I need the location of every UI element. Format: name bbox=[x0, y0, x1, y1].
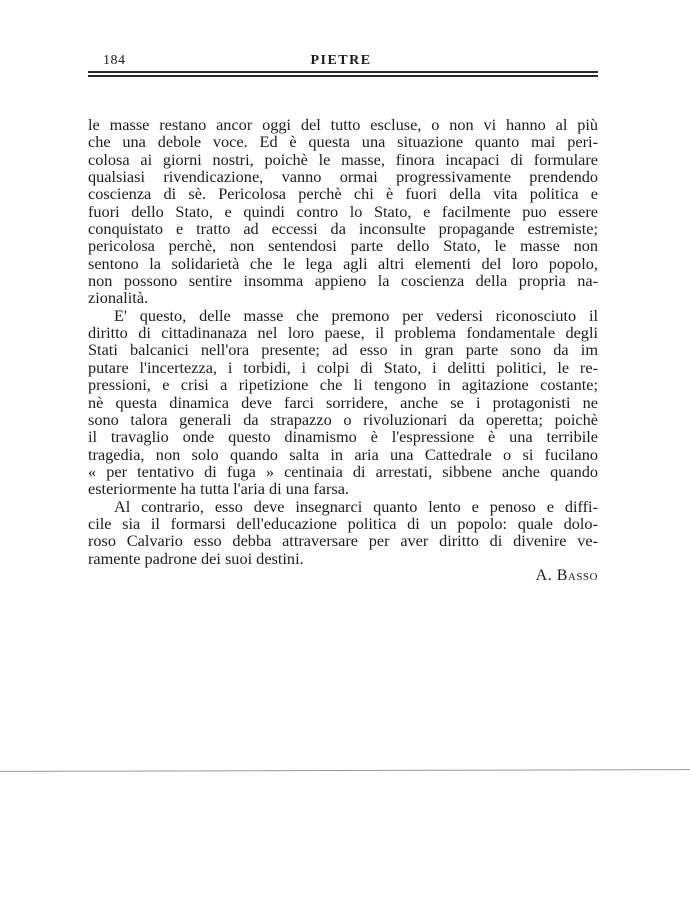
body-text: le masse restano ancor oggi del tutto es… bbox=[88, 116, 598, 567]
author-surname: Basso bbox=[557, 567, 598, 584]
text-line: esteriormente ha tutta l'aria di una far… bbox=[88, 480, 598, 497]
text-line: Al contrario, esso deve insegnarci quant… bbox=[88, 498, 598, 515]
text-line: coscienza di sè. Pericolosa perchè chi è… bbox=[88, 185, 598, 202]
text-line: colosa ai giorni nostri, poichè le masse… bbox=[88, 151, 598, 168]
text-line: cile sia il formarsi dell'educazione pol… bbox=[88, 515, 598, 532]
text-line: tragedia, non solo quando salta in aria … bbox=[88, 446, 598, 463]
text-line: « per tentativo di fuga » centinaia di a… bbox=[88, 463, 598, 480]
text-line: conquistato e tratto ad eccessi da incon… bbox=[88, 220, 598, 237]
text-line: diritto di cittadinanaza nel loro paese,… bbox=[88, 324, 598, 341]
text-line: che una debole voce. Ed è questa una sit… bbox=[88, 133, 598, 150]
text-line: sentono la solidarietà che le lega agli … bbox=[88, 255, 598, 272]
text-line: pressioni, e crisi a ripetizione che li … bbox=[88, 376, 598, 393]
author-signature: A. Basso bbox=[536, 567, 598, 585]
running-title-text: PIETRE bbox=[310, 53, 371, 69]
text-line: zionalità. bbox=[88, 289, 598, 306]
running-title: PIETRE bbox=[0, 53, 690, 69]
text-line: qualsiasi rivendicazione, vanno ormai pr… bbox=[88, 168, 598, 185]
text-line: nè questa dinamica deve farci sorridere,… bbox=[88, 394, 598, 411]
text-line: sono talora generali da strapazzo o rivo… bbox=[88, 411, 598, 428]
header-rule-bottom bbox=[88, 75, 598, 77]
text-line: non possono sentire insomma appieno la c… bbox=[88, 272, 598, 289]
text-line: E' questo, delle masse che premono per v… bbox=[88, 307, 598, 324]
text-line: pericolosa perchè, non sentendosi parte … bbox=[88, 237, 598, 254]
text-line: le masse restano ancor oggi del tutto es… bbox=[88, 116, 598, 133]
author-initial: A. bbox=[536, 567, 553, 584]
text-line: Stati balcanici nell'ora presente; ad es… bbox=[88, 341, 598, 358]
header-rule-top bbox=[88, 71, 598, 73]
text-line: ramente padrone dei suoi destini. bbox=[88, 550, 598, 567]
text-line: roso Calvario esso debba attraversare pe… bbox=[88, 532, 598, 549]
text-line: il travaglio onde questo dinamismo è l'e… bbox=[88, 428, 598, 445]
page-bottom-rule bbox=[0, 769, 690, 772]
text-line: fuori dello Stato, e quindi contro lo St… bbox=[88, 203, 598, 220]
text-line: putare l'incertezza, i torbidi, i colpi … bbox=[88, 359, 598, 376]
